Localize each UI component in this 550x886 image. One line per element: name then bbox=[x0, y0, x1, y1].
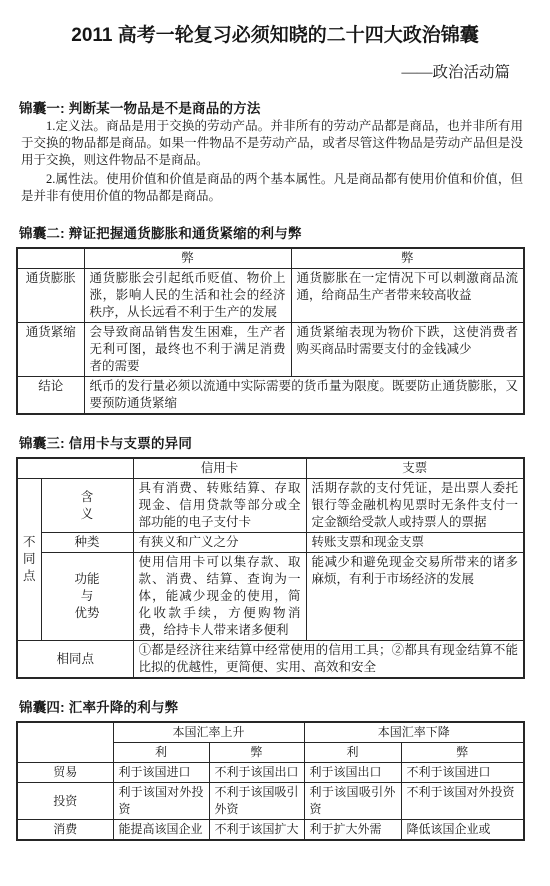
table-cell: 能减少和避免现金交易所带来的诸多麻烦，有利于市场经济的发展 bbox=[306, 553, 524, 641]
table-header-row: 信用卡 支票 bbox=[17, 458, 524, 479]
group-header-rate-down: 本国汇率下降 bbox=[304, 722, 524, 743]
section-4-heading: 锦囊四: 汇率升降的利与弊 bbox=[19, 699, 530, 716]
table-cell: 利于该国对外投资 bbox=[113, 783, 209, 820]
table-cell: 通货膨胀在一定情况下可以刺激商品流通，给商品生产者带来较高收益 bbox=[291, 269, 524, 323]
row-label: 含 义 bbox=[41, 479, 133, 533]
table-row: 通货紧缩 会导致商品销售发生困难，生产者无利可图，最终也不利于满足消费者的需要 … bbox=[17, 323, 524, 377]
table-cell: 降低该国企业或 bbox=[401, 820, 524, 841]
table-row: 种类 有狭义和广义之分 转账支票和现金支票 bbox=[17, 533, 524, 553]
table-row: 功能 与 优势 使用信用卡可以集存款、取款、消费、结算、查询为一体，能减少现金的… bbox=[17, 553, 524, 641]
table-row: 相同点 ①都是经济往来结算中经常使用的信用工具；②都具有现金结算不能比拟的优越性… bbox=[17, 641, 524, 679]
row-label: 通货膨胀 bbox=[17, 269, 84, 323]
column-header: 支票 bbox=[306, 458, 524, 479]
table-cell: 不利于该国进口 bbox=[401, 763, 524, 783]
table-header-row: 弊 弊 bbox=[17, 248, 524, 269]
corner-cell bbox=[17, 248, 84, 269]
page-title: 2011 高考一轮复习必须知晓的二十四大政治锦囊 bbox=[28, 24, 522, 48]
row-label: 消费 bbox=[17, 820, 113, 841]
exchange-rate-table: 本国汇率上升 本国汇率下降 利 弊 利 弊 贸易 利于该国进口 不利于该国出口 … bbox=[16, 721, 525, 841]
column-header: 信用卡 bbox=[133, 458, 306, 479]
table-cell: 活期存款的支付凭证，是出票人委托银行等金融机构见票时无条件支付一定金额给受款人或… bbox=[306, 479, 524, 533]
row-label: 通货紧缩 bbox=[17, 323, 84, 377]
table-cell: 通货膨胀会引起纸币贬值、物价上涨，影响人民的生活和社会的经济秩序，从长远看不利于… bbox=[84, 269, 291, 323]
inflation-deflation-table: 弊 弊 通货膨胀 通货膨胀会引起纸币贬值、物价上涨，影响人民的生活和社会的经济秩… bbox=[16, 247, 525, 415]
table-cell: ①都是经济往来结算中经常使用的信用工具；②都具有现金结算不能比拟的优越性，更简便… bbox=[133, 641, 524, 679]
table-cell: 通货紧缩表现为物价下跌，这使消费者购买商品时需要支付的金钱减少 bbox=[291, 323, 524, 377]
section-1-paragraph-1: 1.定义法。商品是用于交换的劳动产品。并非所有的劳动产品都是商品，也并非所有用于… bbox=[21, 118, 523, 170]
section-2-heading: 锦囊二: 辩证把握通货膨胀和通货紧缩的利与弊 bbox=[19, 225, 530, 242]
column-header: 弊 bbox=[401, 743, 524, 763]
table-cell: 利于扩大外需 bbox=[304, 820, 401, 841]
row-label: 贸易 bbox=[17, 763, 113, 783]
table-cell: 利于该国吸引外资 bbox=[304, 783, 401, 820]
column-header: 弊 bbox=[209, 743, 304, 763]
corner-cell bbox=[17, 458, 133, 479]
column-header: 弊 bbox=[291, 248, 524, 269]
document-page: { "page": { "title": "2011 高考一轮复习必须知晓的二十… bbox=[0, 0, 550, 886]
table-row: 贸易 利于该国进口 不利于该国出口 利于该国出口 不利于该国进口 bbox=[17, 763, 524, 783]
column-header: 利 bbox=[113, 743, 209, 763]
table-cell: 会导致商品销售发生困难，生产者无利可图，最终也不利于满足消费者的需要 bbox=[84, 323, 291, 377]
table-cell: 不利于该国出口 bbox=[209, 763, 304, 783]
row-label: 功能 与 优势 bbox=[41, 553, 133, 641]
row-label-similarities: 相同点 bbox=[17, 641, 133, 679]
table-cell: 利于该国进口 bbox=[113, 763, 209, 783]
section-1-paragraph-2: 2.属性法。使用价值和价值是商品的两个基本属性。凡是商品都有使用价值和价值，但是… bbox=[21, 171, 523, 205]
table-cell: 具有消费、转账结算、存取现金、信用贷款等部分或全部功能的电子支付卡 bbox=[133, 479, 306, 533]
table-row: 不 同 点 含 义 具有消费、转账结算、存取现金、信用贷款等部分或全部功能的电子… bbox=[17, 479, 524, 533]
table-cell: 不利于该国扩大 bbox=[209, 820, 304, 841]
row-label: 结论 bbox=[17, 377, 84, 415]
table-header-row: 本国汇率上升 本国汇率下降 bbox=[17, 722, 524, 743]
table-cell: 纸币的发行量必须以流通中实际需要的货币量为限度。既要防止通货膨胀，又要预防通货紧… bbox=[84, 377, 524, 415]
table-cell: 能提高该国企业 bbox=[113, 820, 209, 841]
row-label: 种类 bbox=[41, 533, 133, 553]
group-label-differences: 不 同 点 bbox=[17, 479, 41, 641]
table-cell: 有狭义和广义之分 bbox=[133, 533, 306, 553]
column-header: 利 bbox=[304, 743, 401, 763]
group-header-rate-up: 本国汇率上升 bbox=[113, 722, 304, 743]
row-label: 投资 bbox=[17, 783, 113, 820]
corner-cell bbox=[17, 722, 113, 763]
table-cell: 不利于该国吸引外资 bbox=[209, 783, 304, 820]
page-subtitle: ——政治活动篇 bbox=[0, 63, 550, 83]
creditcard-cheque-table: 信用卡 支票 不 同 点 含 义 具有消费、转账结算、存取现金、信用贷款等部分或… bbox=[16, 457, 525, 679]
table-cell: 利于该国出口 bbox=[304, 763, 401, 783]
table-cell: 转账支票和现金支票 bbox=[306, 533, 524, 553]
table-cell: 不利于该国对外投资 bbox=[401, 783, 524, 820]
column-header: 弊 bbox=[84, 248, 291, 269]
table-row: 结论 纸币的发行量必须以流通中实际需要的货币量为限度。既要防止通货膨胀，又要预防… bbox=[17, 377, 524, 415]
section-3-heading: 锦囊三: 信用卡与支票的异同 bbox=[19, 435, 530, 452]
section-1-heading: 锦囊一: 判断某一物品是不是商品的方法 bbox=[19, 100, 530, 117]
table-row: 通货膨胀 通货膨胀会引起纸币贬值、物价上涨，影响人民的生活和社会的经济秩序，从长… bbox=[17, 269, 524, 323]
table-cell: 使用信用卡可以集存款、取款、消费、结算、查询为一体，能减少现金的使用，简化收款手… bbox=[133, 553, 306, 641]
table-row: 投资 利于该国对外投资 不利于该国吸引外资 利于该国吸引外资 不利于该国对外投资 bbox=[17, 783, 524, 820]
table-row: 消费 能提高该国企业 不利于该国扩大 利于扩大外需 降低该国企业或 bbox=[17, 820, 524, 841]
